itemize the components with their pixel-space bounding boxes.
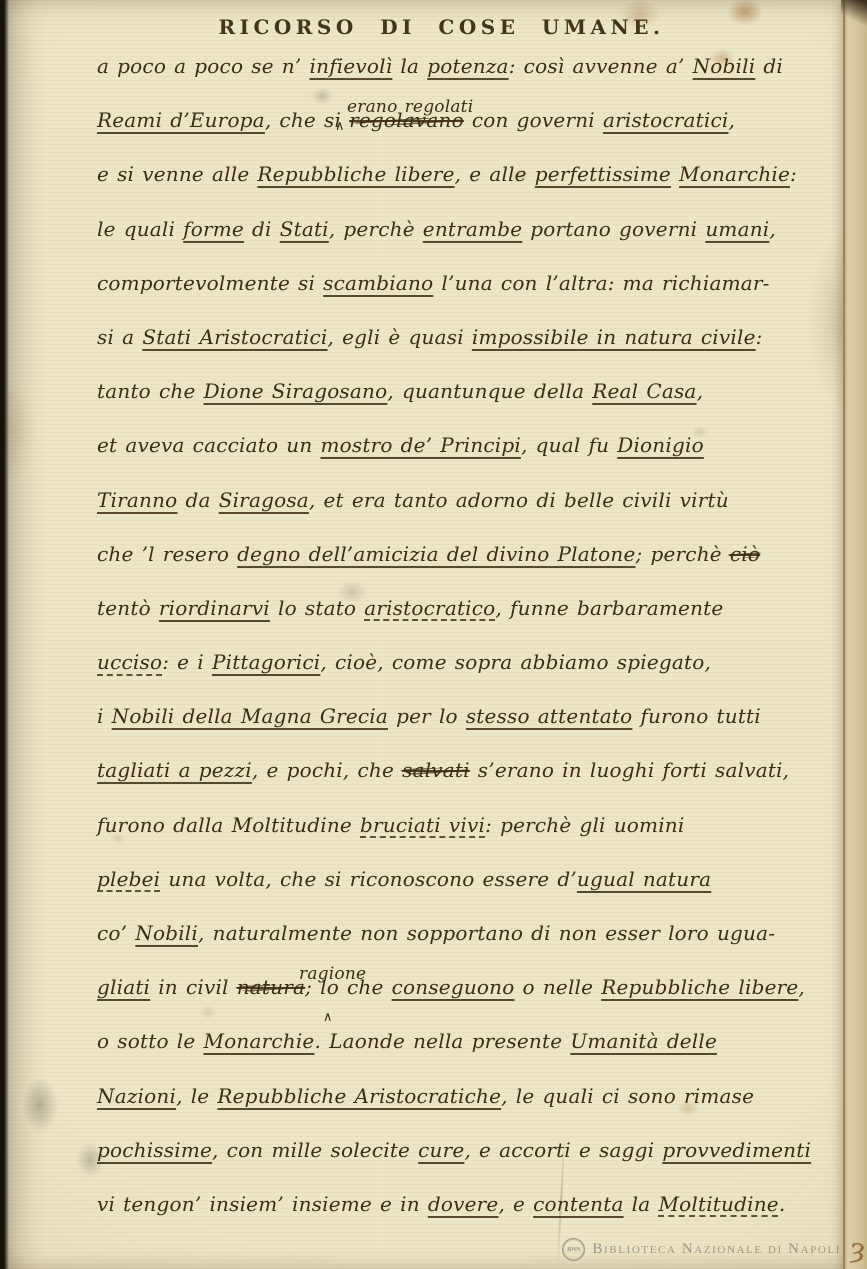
underlined-text: forme	[183, 217, 244, 241]
text-segment: .	[779, 1192, 786, 1216]
text-segment: e si venne alle	[97, 162, 257, 186]
underlined-text: Monarchie	[679, 162, 790, 186]
library-stamp-label: Biblioteca Nazionale di Napoli	[592, 1241, 841, 1258]
caret-mark: ∧	[323, 1011, 333, 1024]
text-segment: con governi	[464, 108, 603, 132]
text-segment: da	[177, 488, 218, 512]
text-segment: furono dalla Moltitudine	[97, 813, 360, 837]
underlined-text: perfettissime	[535, 162, 671, 186]
text-line: co’ Nobili, naturalmente non sopportano …	[97, 921, 867, 975]
underlined-text: mostro de’ Principi	[320, 433, 521, 457]
text-segment: s’erano in luoghi forti salvati,	[470, 758, 789, 782]
text-segment: comportevolmente si	[97, 271, 323, 295]
underlined-text: impossibile in natura civile	[472, 325, 756, 349]
text-segment: , e alle	[455, 162, 535, 186]
underlined-text: Dione Siragosano	[204, 379, 388, 403]
library-stamp: BNN Biblioteca Nazionale di Napoli	[562, 1238, 841, 1261]
underlined-text: stesso attentato	[466, 704, 633, 728]
interlinear-insertion: erano regolati	[347, 99, 473, 116]
underlined-text: aristocratico	[364, 596, 495, 620]
underlined-text: ucciso	[97, 650, 162, 674]
underlined-text: tagliati a pezzi	[97, 758, 252, 782]
text-segment: ,	[769, 217, 776, 241]
text-segment: , naturalmente non sopportano di non ess…	[198, 921, 775, 945]
text-segment: :	[790, 162, 797, 186]
underlined-text: ugual natura	[577, 867, 711, 891]
text-segment: , cioè, come sopra abbiamo spiegato,	[320, 650, 711, 674]
text-segment: , perchè	[329, 217, 423, 241]
underlined-text: Repubbliche libere	[601, 975, 798, 999]
text-segment: per lo	[388, 704, 466, 728]
underlined-text: infievolì	[310, 54, 393, 78]
text-line: gliati in civil natura; lo che conseguon…	[97, 975, 867, 1029]
text-line: Tiranno da Siragosa, et era tanto adorno…	[97, 488, 867, 542]
text-segment: portano governi	[522, 217, 705, 241]
text-line: furono dalla Moltitudine bruciati vivi: …	[97, 813, 867, 867]
text-segment: et aveva cacciato un	[97, 433, 320, 457]
underlined-text: Stati	[280, 217, 329, 241]
text-segment: in civil	[150, 975, 237, 999]
text-segment: , le	[176, 1084, 217, 1108]
text-segment: una volta, che si riconoscono essere d’	[160, 867, 577, 891]
text-segment: , e	[498, 1192, 533, 1216]
text-line: plebei una volta, che si riconoscono ess…	[97, 867, 867, 921]
underlined-text: pochissime	[97, 1138, 212, 1162]
library-logo-icon: BNN	[562, 1238, 585, 1261]
text-segment: : così avvenne a’	[509, 54, 693, 78]
underlined-text: Repubbliche libere	[257, 162, 454, 186]
text-segment: : e i	[162, 650, 212, 674]
text-segment: , e accorti e saggi	[464, 1138, 662, 1162]
underlined-text: aristocratici	[603, 108, 729, 132]
underlined-text: Reami d’Europa	[97, 108, 265, 132]
underlined-text: Pittagorici	[212, 650, 320, 674]
underlined-text: Nobili della Magna Grecia	[112, 704, 388, 728]
text-segment: , funne barbaramente	[495, 596, 723, 620]
underlined-text: dovere	[428, 1192, 499, 1216]
text-line: i Nobili della Magna Grecia per lo stess…	[97, 704, 867, 758]
text-segment: la	[392, 54, 427, 78]
underlined-text: Umanità delle	[570, 1029, 717, 1053]
text-line: tanto che Dione Siragosano, quantunque d…	[97, 379, 867, 433]
underlined-text: Dionigio	[617, 433, 704, 457]
underlined-text: potenza	[427, 54, 508, 78]
underlined-text: Nobili	[135, 921, 198, 945]
text-line: Nazioni, le Repubbliche Aristocratiche, …	[97, 1084, 867, 1138]
text-line: e si venne alle Repubbliche libere, e al…	[97, 162, 867, 216]
text-segment: di	[244, 217, 280, 241]
underlined-text: Nazioni	[97, 1084, 176, 1108]
underlined-text: provvedimenti	[662, 1138, 811, 1162]
text-segment: a poco a poco se n’	[97, 54, 310, 78]
text-segment: le quali	[97, 217, 183, 241]
text-segment: , et era tanto adorno di belle civili vi…	[309, 488, 729, 512]
text-segment: tentò	[97, 596, 159, 620]
page-title: RICORSO DI COSE UMANE.	[40, 15, 843, 39]
text-segment: lo stato	[270, 596, 364, 620]
caret-mark: ∧	[335, 120, 345, 133]
text-line: si a Stati Aristocratici, egli è quasi i…	[97, 325, 867, 379]
text-line: che ’l resero degno dell’amicizia del di…	[97, 542, 867, 596]
text-segment: vi tengon’ insiem’ insieme e in	[97, 1192, 428, 1216]
text-line: le quali forme di Stati, perchè entrambe…	[97, 217, 867, 271]
text-line: et aveva cacciato un mostro de’ Principi…	[97, 433, 867, 487]
underlined-text: Repubbliche Aristocratiche	[217, 1084, 501, 1108]
text-line: comportevolmente si scambiano l’una con …	[97, 271, 867, 325]
underlined-text: cure	[418, 1138, 464, 1162]
underlined-text: bruciati vivi	[360, 813, 485, 837]
underlined-text: scambiano	[323, 271, 433, 295]
underlined-text: contenta	[533, 1192, 623, 1216]
text-segment: ; perchè	[636, 542, 730, 566]
text-segment: furono tutti	[632, 704, 761, 728]
text-segment: i	[97, 704, 112, 728]
text-segment: la	[624, 1192, 659, 1216]
text-segment: ,	[798, 975, 805, 999]
struck-word: salvati	[402, 758, 470, 782]
underlined-text: riordinarvi	[159, 596, 270, 620]
underlined-text: Nobili	[693, 54, 756, 78]
text-segment: o nelle	[514, 975, 601, 999]
text-line: pochissime, con mille solecite cure, e a…	[97, 1138, 867, 1192]
text-segment: :	[756, 325, 763, 349]
text-line: ucciso: e i Pittagorici, cioè, come sopr…	[97, 650, 867, 704]
underlined-text: Moltitudine	[658, 1192, 778, 1216]
underlined-text: Tiranno	[97, 488, 177, 512]
text-segment: che ’l resero	[97, 542, 237, 566]
text-line: a poco a poco se n’ infievolì la potenza…	[97, 54, 867, 108]
text-segment: , quantunque della	[387, 379, 592, 403]
text-segment: . Laonde nella presente	[314, 1029, 570, 1053]
text-segment: , e pochi, che	[252, 758, 402, 782]
text-segment	[671, 162, 679, 186]
text-segment: , con mille solecite	[212, 1138, 418, 1162]
underlined-text: Monarchie	[203, 1029, 314, 1053]
underlined-text: Real Casa	[592, 379, 696, 403]
text-segment: co’	[97, 921, 135, 945]
underlined-text: degno dell’amicizia del divino Platone	[237, 542, 635, 566]
struck-word: ciò	[730, 542, 760, 566]
text-segment: : perchè gli uomini	[485, 813, 684, 837]
underlined-text: conseguono	[392, 975, 515, 999]
text-segment: tanto che	[97, 379, 204, 403]
text-segment: ,	[697, 379, 704, 403]
underlined-text: plebei	[97, 867, 160, 891]
text-line: o sotto le Monarchie. Laonde nella prese…	[97, 1029, 867, 1083]
text-segment: , egli è quasi	[328, 325, 472, 349]
corner-shadow	[841, 0, 867, 30]
text-segment: o sotto le	[97, 1029, 203, 1053]
underlined-text: gliati	[97, 975, 150, 999]
underlined-text: Siragosa	[219, 488, 309, 512]
manuscript-scan-page: RICORSO DI COSE UMANE. a poco a poco se …	[0, 0, 867, 1269]
text-segment: , qual fu	[521, 433, 617, 457]
underlined-text: Stati Aristocratici	[142, 325, 327, 349]
text-line: tentò riordinarvi lo stato aristocratico…	[97, 596, 867, 650]
text-segment: l’una con l’altra: ma richiamar-	[433, 271, 769, 295]
text-line: Reami d’Europa, che si regolavano con go…	[97, 108, 867, 162]
manuscript-body: a poco a poco se n’ infievolì la potenza…	[0, 54, 867, 1246]
text-segment: di	[755, 54, 783, 78]
underlined-text: umani	[705, 217, 769, 241]
interlinear-insertion: ragione	[299, 966, 366, 983]
text-segment: ,	[729, 108, 736, 132]
text-segment: si a	[97, 325, 142, 349]
text-line: tagliati a pezzi, e pochi, che salvati s…	[97, 758, 867, 812]
struck-word: natura	[237, 975, 305, 999]
underlined-text: entrambe	[423, 217, 522, 241]
text-segment: , le quali ci sono rimase	[501, 1084, 754, 1108]
